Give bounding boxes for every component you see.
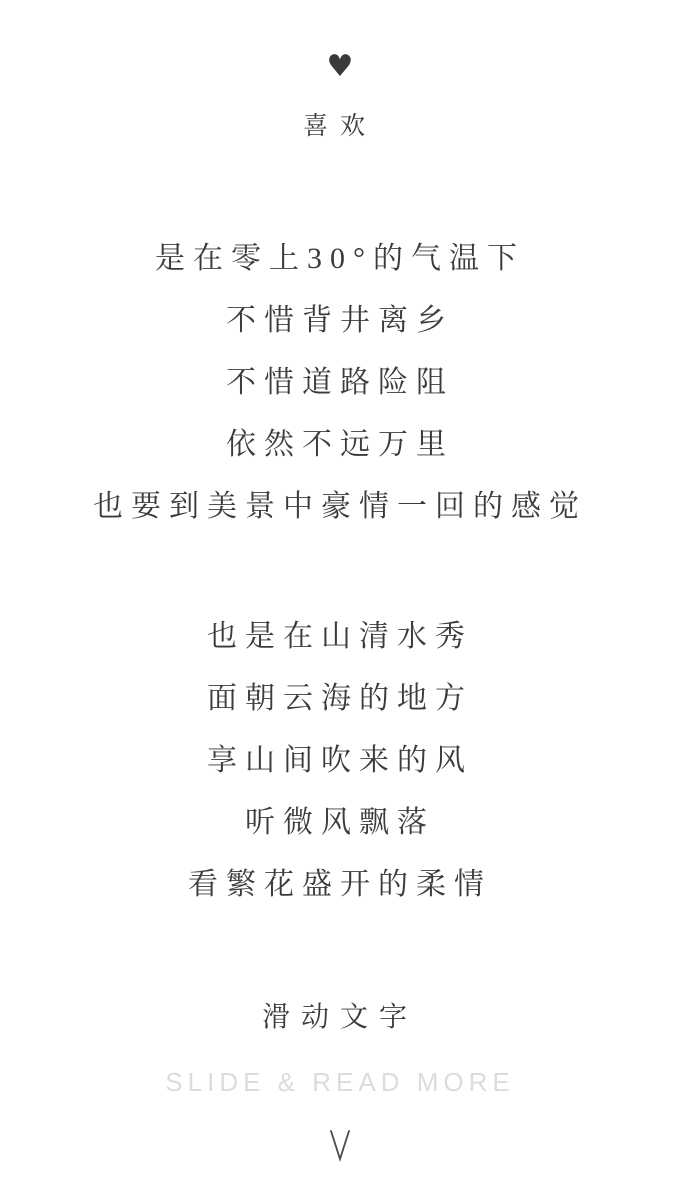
poem-line: 不惜背井离乡	[0, 290, 680, 352]
poem-line: 依然不远万里	[0, 414, 680, 476]
poem-line: 看繁花盛开的柔情	[0, 854, 680, 916]
page-title: 喜欢	[0, 112, 680, 142]
poem-page: ♥ 喜欢 是在零上30°的气温下 不惜背井离乡 不惜道路险阻 依然不远万里 也要…	[0, 0, 680, 1181]
poem-line: 也要到美景中豪情一回的感觉	[0, 476, 680, 538]
poem-line: 面朝云海的地方	[0, 668, 680, 730]
poem-line: 不惜道路险阻	[0, 352, 680, 414]
slide-hint-en: SLIDE & READ MORE	[0, 1062, 680, 1102]
poem-line: 也是在山清水秀	[0, 606, 680, 668]
poem-line: 听微风飘落	[0, 792, 680, 854]
poem-line: 享山间吹来的风	[0, 730, 680, 792]
slide-down-control[interactable]	[0, 1128, 680, 1162]
poem-stanza-1: 是在零上30°的气温下 不惜背井离乡 不惜道路险阻 依然不远万里 也要到美景中豪…	[0, 228, 680, 538]
poem-line: 是在零上30°的气温下	[0, 228, 680, 290]
poem-stanza-2: 也是在山清水秀 面朝云海的地方 享山间吹来的风 听微风飘落 看繁花盛开的柔情	[0, 606, 680, 916]
slide-hint-cn: 滑动文字	[0, 990, 680, 1046]
heart-icon: ♥	[0, 0, 680, 84]
chevron-down-icon[interactable]	[327, 1128, 353, 1162]
